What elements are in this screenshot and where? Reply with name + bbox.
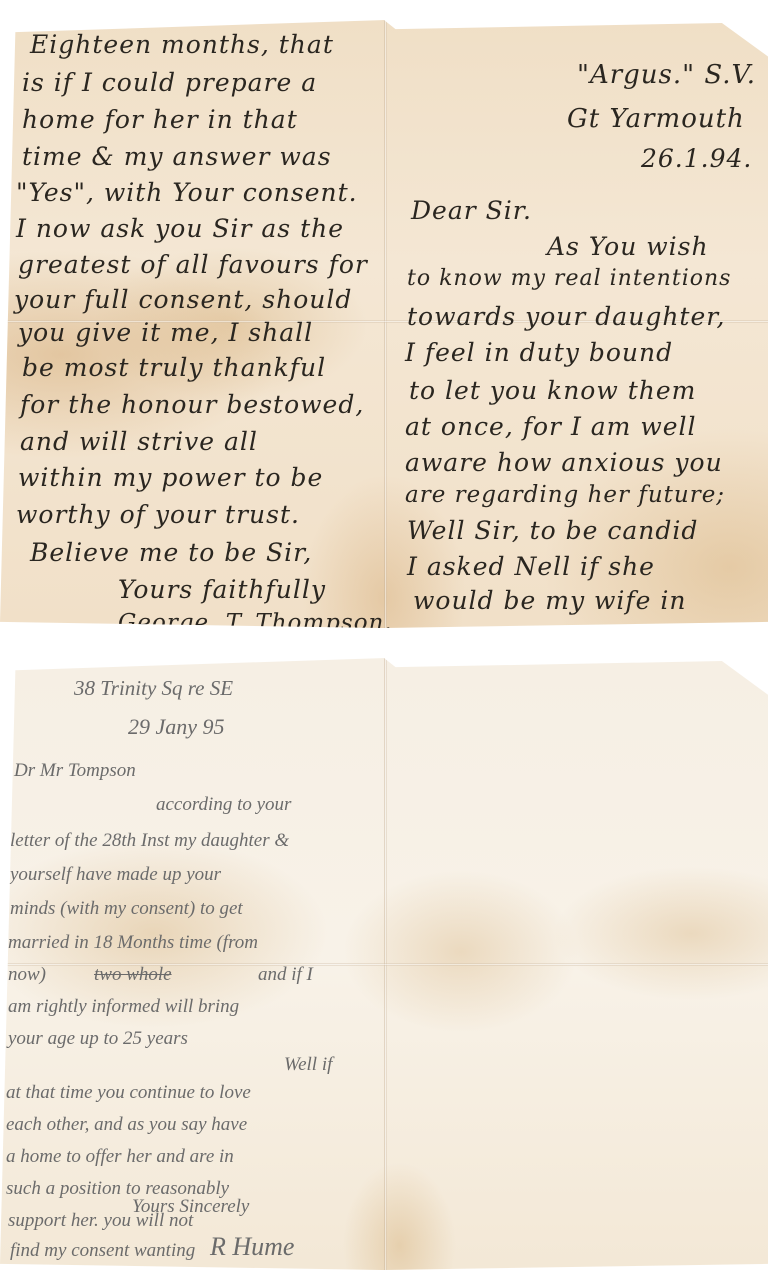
text-line: be most truly thankful <box>22 353 326 382</box>
signature: George. T. Thompson. <box>118 610 393 636</box>
text-line: time & my answer was <box>22 142 332 171</box>
text-line: As You wish <box>547 232 709 261</box>
text-line: "Yes", with Your consent. <box>16 178 358 207</box>
text-line: your age up to 25 years <box>8 1028 188 1050</box>
text-line: minds (with my consent) to get <box>10 898 243 920</box>
salutation: Dr Mr Tompson <box>14 760 136 782</box>
closing-line: Believe me to be Sir, <box>30 538 312 567</box>
text-line: and will strive all <box>20 427 258 456</box>
text-line: is if I could prepare a <box>22 68 317 97</box>
text-line: are regarding her future; <box>405 482 725 508</box>
text-line: Well Sir, to be candid <box>407 516 698 545</box>
text-line: a home to offer her and are in <box>6 1146 234 1168</box>
letter-2-right-page-blank <box>387 658 768 1270</box>
signature-underline <box>120 626 210 628</box>
letter-2-sheet: 38 Trinity Sq re SE 29 Jany 95 Dr Mr Tom… <box>0 658 768 1270</box>
text-line: each other, and as you say have <box>6 1114 247 1136</box>
place-name: Gt Yarmouth <box>567 104 745 134</box>
text-line: Eighteen months, that <box>30 30 334 59</box>
text-line: find my consent wanting <box>10 1240 195 1262</box>
text-line: towards your daughter, <box>407 302 725 331</box>
text-line: am rightly informed will bring <box>8 996 239 1018</box>
struck-through-text: two whole <box>94 964 172 986</box>
text-line: I feel in duty bound <box>405 338 673 367</box>
letter-1-left-page: Eighteen months, that is if I could prep… <box>0 20 384 628</box>
letter-1-sheet: Eighteen months, that is if I could prep… <box>0 20 768 628</box>
text-line: within my power to be <box>18 463 323 492</box>
valediction: Yours Sincerely <box>132 1196 249 1218</box>
sender-address: 38 Trinity Sq re SE <box>74 676 233 701</box>
valediction: Yours faithfully <box>118 575 326 604</box>
text-line: worthy of your trust. <box>16 500 300 529</box>
text-line: aware how anxious you <box>405 448 723 477</box>
text-line: I now ask you Sir as the <box>16 214 344 243</box>
text-line: would be my wife in <box>413 586 687 615</box>
text-line: I asked Nell if she <box>407 552 655 581</box>
signature: R Hume <box>210 1232 294 1262</box>
text-line: yourself have made up your <box>10 864 221 886</box>
text-line: home for her in that <box>22 105 298 134</box>
text-line: letter of the 28th Inst my daughter & <box>10 830 289 852</box>
text-line: Well if <box>284 1054 332 1076</box>
text-line: to know my real intentions <box>407 266 731 291</box>
text-line: for the honour bestowed, <box>20 390 364 419</box>
text-line: at once, for I am well <box>405 412 697 441</box>
letter-date: 26.1.94. <box>641 144 752 173</box>
letter-2-left-page: 38 Trinity Sq re SE 29 Jany 95 Dr Mr Tom… <box>0 658 384 1270</box>
text-line: at that time you continue to love <box>6 1082 251 1104</box>
text-line: to let you know them <box>409 376 696 405</box>
text-line: your full consent, should <box>14 285 352 314</box>
text-line: now) <box>8 964 46 986</box>
text-line: greatest of all favours for <box>18 250 368 279</box>
text-line: and if I <box>258 964 313 986</box>
text-line: married in 18 Months time (from <box>8 932 258 954</box>
letter-1-right-page: "Argus." S.V. Gt Yarmouth 26.1.94. Dear … <box>387 20 768 628</box>
ship-name: "Argus." S.V. <box>577 60 756 90</box>
text-line: according to your <box>156 794 291 816</box>
letter-date: 29 Jany 95 <box>128 714 225 740</box>
salutation: Dear Sir. <box>411 196 532 225</box>
text-line: you give it me, I shall <box>18 318 313 347</box>
